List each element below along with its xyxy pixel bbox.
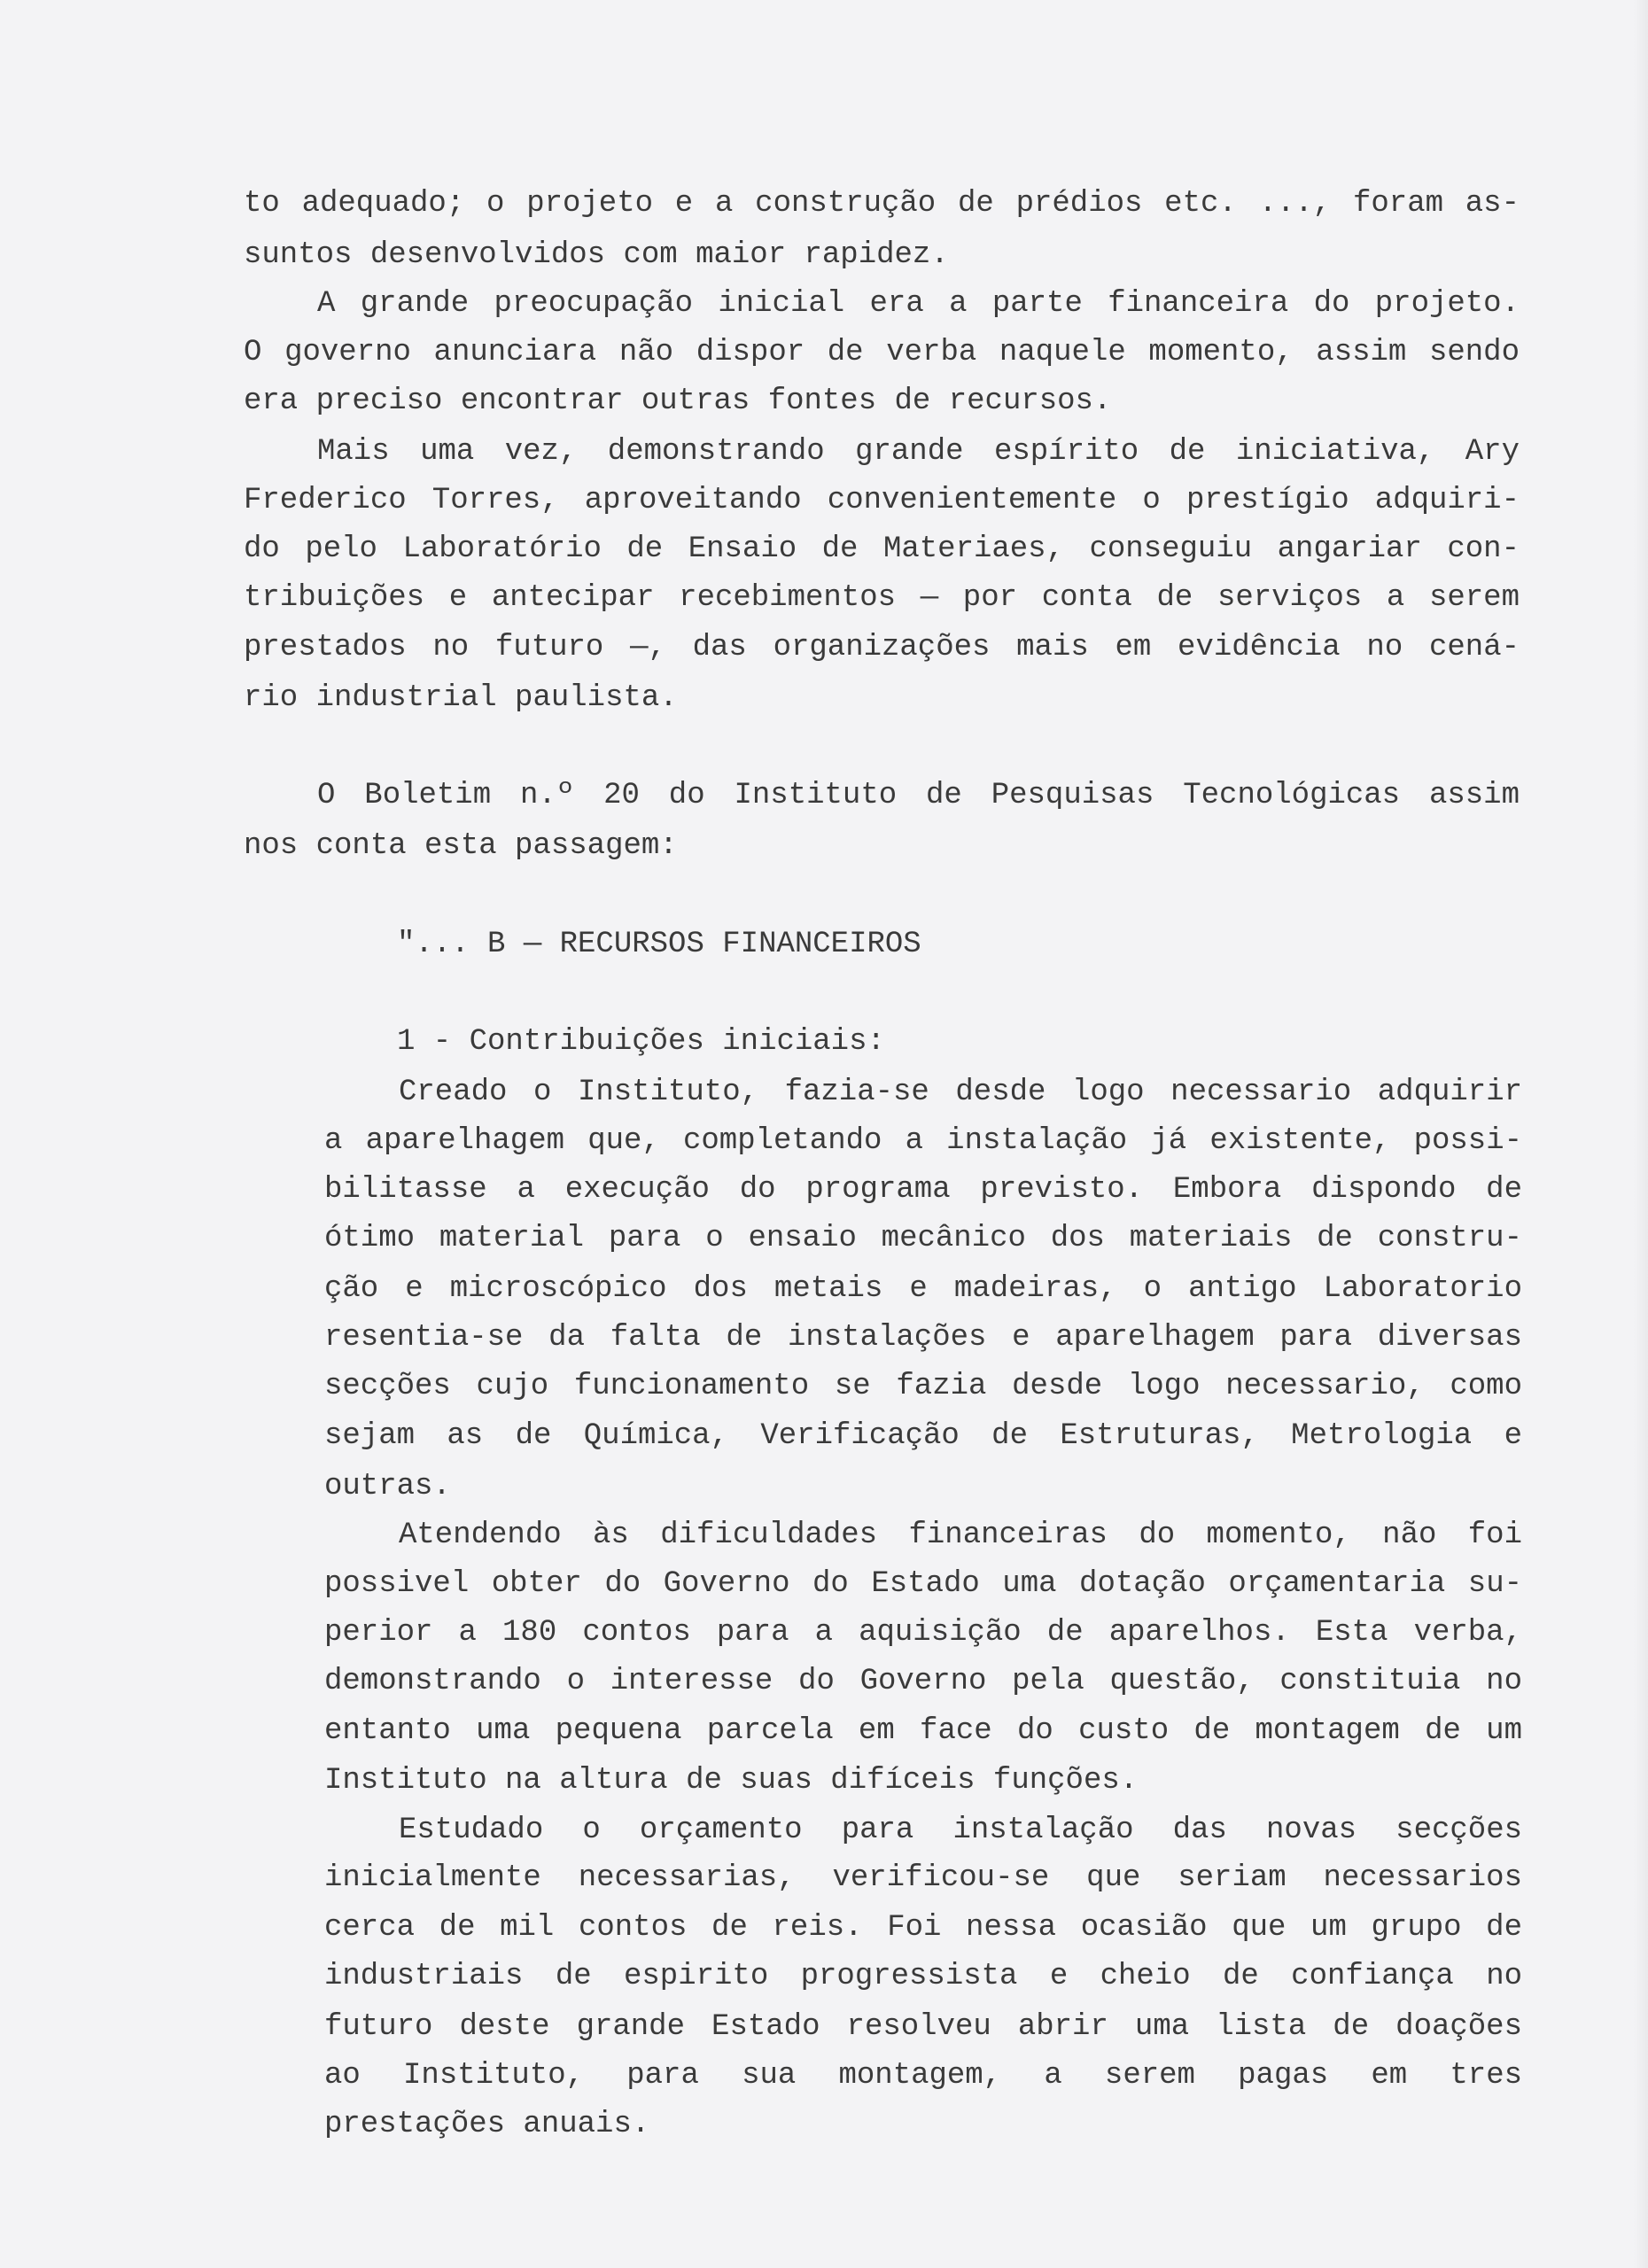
text-line: futuro deste grande Estado resolveu abri… [324, 2009, 1522, 2045]
text-line: to adequado; o projeto e a construção de… [244, 186, 1520, 221]
text-line: Frederico Torres, aproveitando convenien… [244, 483, 1520, 518]
text-line: bilitasse a execução do programa previst… [324, 1172, 1522, 1208]
text-line: entanto uma pequena parcela em face do c… [324, 1713, 1522, 1749]
quote-subheading: 1 - Contribuições iniciais: [397, 1024, 1595, 1060]
text-line: secções cujo funcionamento se fazia desd… [324, 1369, 1522, 1404]
text-line: nos conta esta passagem: [244, 828, 1520, 864]
text-line: industriais de espirito progressista e c… [324, 1959, 1522, 1994]
text-line: outras. [324, 1469, 1522, 1504]
text-line: ao Instituto, para sua montagem, a serem… [324, 2058, 1522, 2093]
text-line: cerca de mil contos de reis. Foi nessa o… [324, 1910, 1522, 1946]
text-line: prestações anuais. [324, 2107, 1522, 2142]
text-line: A grande preocupação inicial era a parte… [317, 286, 1520, 322]
text-line: O Boletim n.º 20 do Instituto de Pesquis… [317, 778, 1520, 813]
quote-heading: "... B — RECURSOS FINANCEIROS [397, 927, 1595, 962]
text-line: Instituto na altura de suas difíceis fun… [324, 1763, 1522, 1798]
text-line: resentia-se da falta de instalações e ap… [324, 1320, 1522, 1355]
text-line: suntos desenvolvidos com maior rapidez. [244, 237, 1520, 273]
text-line: Estudado o orçamento para instalação das… [399, 1813, 1522, 1848]
text-line: do pelo Laboratório de Ensaio de Materia… [244, 532, 1520, 567]
text-line: a aparelhagem que, completando a instala… [324, 1123, 1522, 1159]
text-line: perior a 180 contos para a aquisição de … [324, 1615, 1522, 1651]
scanned-page-edge [1634, 0, 1648, 2268]
text-line: inicialmente necessarias, verificou-se q… [324, 1860, 1522, 1896]
text-line: rio industrial paulista. [244, 680, 1520, 716]
text-line: ótimo material para o ensaio mecânico do… [324, 1221, 1522, 1256]
text-line: O governo anunciara não dispor de verba … [244, 335, 1520, 370]
text-line: Mais uma vez, demonstrando grande espíri… [317, 434, 1520, 470]
text-line: prestados no futuro —, das organizações … [244, 630, 1520, 665]
text-line: tribuições e antecipar recebimentos — po… [244, 580, 1520, 616]
text-line: demonstrando o interesse do Governo pela… [324, 1664, 1522, 1699]
text-line: ção e microscópico dos metais e madeiras… [324, 1271, 1522, 1307]
text-line: sejam as de Química, Verificação de Estr… [324, 1418, 1522, 1454]
text-line: Creado o Instituto, fazia-se desde logo … [399, 1075, 1522, 1110]
text-line: era preciso encontrar outras fontes de r… [244, 384, 1520, 419]
text-line: Atendendo às dificuldades financeiras do… [399, 1518, 1522, 1553]
text-line: possivel obter do Governo do Estado uma … [324, 1566, 1522, 1602]
